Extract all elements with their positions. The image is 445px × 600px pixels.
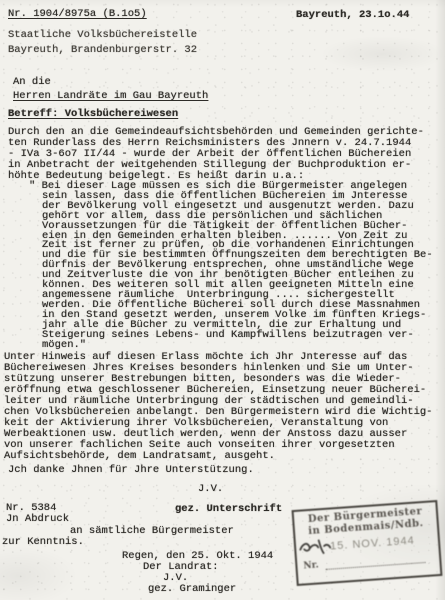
sender-street: Bayreuth, Brandenburgerstr. 32 [8,44,197,56]
received-stamp: Der Bürgermeister in Bodenmais/Ndb. 15. … [292,500,443,586]
recipient-name: Herren Landräte im Gau Bayreuth [13,90,208,102]
stamp-dotted-line [326,562,426,570]
scanned-letter-page: Nr. 1904/8975a (B.1o5) Bayreuth, 23.1o.4… [0,0,445,600]
distribution-line-2: an sämtliche Bürgermeister [70,525,234,537]
stamp-nr-label: Nr. [303,560,319,571]
handwriting-scribble-icon [297,535,332,557]
subject-line: Betreff: Volksbüchereiwesen [8,108,178,120]
footer-signed-name: gez. Graminger [148,583,236,595]
distribution-line-3: zur Kenntnis. [2,536,84,548]
decree-quotation: " Bei dieser Lage müssen es sich die Bür… [42,182,433,350]
signed-label: gez. Unterschrift [175,503,282,515]
place-and-date: Bayreuth, 23.1o.44 [296,9,409,21]
stamp-date: 15. NOV. 1944 [330,535,415,553]
closing-thanks: Jch danke Jhnen für Jhre Unterstützung. [8,464,254,476]
recipient-salutation: An die [13,76,51,88]
reference-number: Nr. 1904/8975a (B.1o5) [8,8,147,20]
signature-jv: J.V. [198,483,223,495]
sender-address: Staatliche Volksbüchereistelle Bayreuth,… [8,28,197,58]
body-paragraph-1: Durch den an die Gemeindeaufsichtsbehörd… [8,127,424,182]
sender-name: Staatliche Volksbüchereistelle [8,29,197,41]
distribution-line-1: Jn Abdruck [6,513,69,525]
body-paragraph-2: Unter Hinweis auf diesen Erlass möchte i… [4,352,432,462]
